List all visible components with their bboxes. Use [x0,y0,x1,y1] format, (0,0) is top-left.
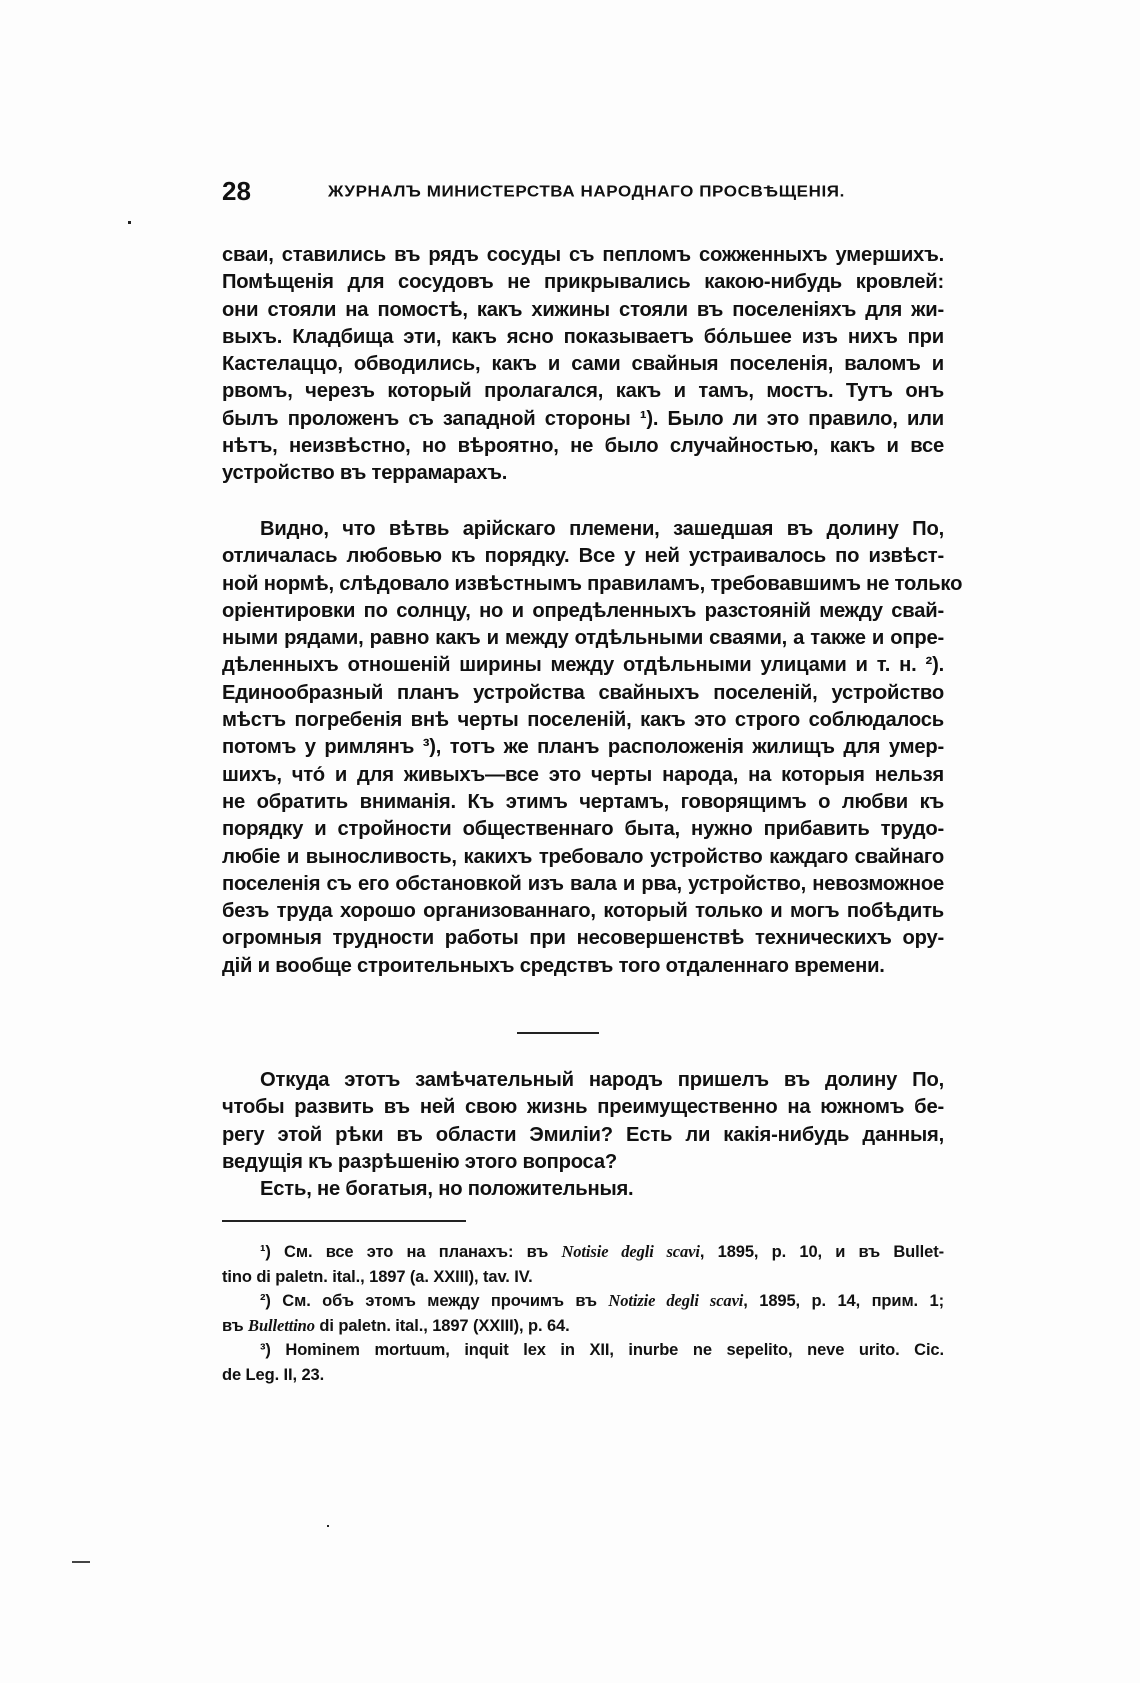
footnote-title-italic: Notizie degli scavi [608,1291,743,1310]
text-line: рвомъ, черезъ который пролагался, какъ и… [222,378,944,405]
page-header: 28 ЖУРНАЛЪ МИНИСТЕРСТВА НАРОДНАГО ПРОСВѢ… [220,176,940,206]
text-line: поселенія съ его обстановкой изъ вала и … [222,871,944,898]
footnote-text: Hominem mortuum, inquit lex in XII, inur… [285,1341,944,1359]
text-line: не обратить вниманія. Къ этимъ чертамъ, … [222,789,944,816]
footnote-title-italic: Notisie degli scavi [561,1242,699,1261]
footnote-rule [222,1220,466,1222]
footnote-2: ²) См. объ этомъ между прочимъ въ Notizi… [222,1289,944,1314]
text-line: Единообразный планъ устройства свайныхъ … [222,680,944,707]
running-title: ЖУРНАЛЪ МИНИСТЕРСТВА НАРОДНАГО ПРОСВѢЩЕН… [328,183,845,201]
footnote-2-cont: въ Bullettino di paletn. ital., 1897 (XX… [222,1314,944,1339]
footnotes: ¹) См. все это на планахъ: въ Notisie de… [222,1240,944,1388]
text-line: дій и вообще строительныхъ средствъ того… [222,953,944,980]
text-line: Помѣщенія для сосудовъ не прикрывались к… [222,269,944,296]
text-line: огромныя трудности работы при несовершен… [222,925,944,952]
page-number: 28 [222,176,251,207]
text-line: порядку и стройности общественнаго быта,… [222,816,944,843]
footnote-text: di paletn. ital., 1897 (XXIII), p. 64. [315,1317,570,1335]
footnote-marker: ³) [260,1341,271,1359]
footnote-3-cont: de Leg. II, 23. [222,1363,944,1388]
text-line: Есть, не богатыя, но положительныя. [222,1176,944,1203]
paragraph-order-and-labor: Видно, что вѣтвь арійскаго племени, заше… [222,516,944,980]
text-line: шихъ, что́ и для живыхъ—все это черты на… [222,762,944,789]
footnote-1: ¹) См. все это на планахъ: въ Notisie de… [222,1240,944,1265]
footnote-text: , 1895, p. 10, и въ Bullet- [700,1243,944,1261]
footnote-text: , 1895, p. 14, прим. 1; [743,1292,944,1310]
text-line: безъ труда хорошо организованнаго, котор… [222,898,944,925]
text-line: регу этой рѣки въ области Эмиліи? Есть л… [222,1122,944,1149]
text-line: дѣленныхъ отношеній ширины между отдѣльн… [222,652,944,679]
text-line: ведущія къ разрѣшенію этого вопроса? [222,1149,944,1176]
text-line: былъ проложенъ съ западной стороны ¹). Б… [222,406,944,433]
footnote-marker: ¹) [260,1243,271,1261]
scanned-page: 28 ЖУРНАЛЪ МИНИСТЕРСТВА НАРОДНАГО ПРОСВѢ… [0,0,1140,1683]
text-line: отличалась любовью къ порядку. Все у ней… [222,543,944,570]
text-line: ной нормѣ, слѣдовало извѣстнымъ правилам… [222,571,944,598]
scan-speck [128,221,131,224]
text-line: Откуда этотъ замѣчательный народъ пришел… [222,1067,944,1094]
section-separator [517,1032,599,1034]
text-line: Кастелаццо, обводились, какъ и сами свай… [222,351,944,378]
text-line: выхъ. Кладбища эти, какъ ясно показывает… [222,324,944,351]
paragraph-origin-question: Откуда этотъ замѣчательный народъ пришел… [222,1067,944,1203]
text-line: потомъ у римлянъ ³), тотъ же планъ распо… [222,734,944,761]
text-line: они стояли на помостѣ, какъ хижины стоял… [222,297,944,324]
text-line: Видно, что вѣтвь арійскаго племени, заше… [222,516,944,543]
footnote-text: См. все это на планахъ: въ [284,1243,561,1261]
text-line: мѣстъ погребенія внѣ черты поселеній, ка… [222,707,944,734]
paragraph-continuation: сваи, ставились въ рядъ сосуды съ пеплом… [222,242,944,488]
text-line: чтобы развить въ ней свою жизнь преимуще… [222,1094,944,1121]
footnote-text: См. объ этомъ между прочимъ въ [282,1292,608,1310]
footnote-3: ³) Hominem mortuum, inquit lex in XII, i… [222,1338,944,1363]
text-line: нѣтъ, неизвѣстно, но вѣроятно, не было с… [222,433,944,460]
footnote-title-italic: Bullettino [248,1316,315,1335]
margin-dash-mark [72,1561,90,1563]
text-line: любіе и выносливость, какихъ требовало у… [222,844,944,871]
footnote-1-cont: tino di paletn. ital., 1897 (a. XXIII), … [222,1265,944,1290]
scan-speck [327,1525,329,1527]
text-line: оріентировки по солнцу, но и опредѣленны… [222,598,944,625]
text-line: устройство въ террамарахъ. [222,460,944,487]
text-line: сваи, ставились въ рядъ сосуды съ пеплом… [222,242,944,269]
text-line: ными рядами, равно какъ и между отдѣльны… [222,625,944,652]
footnote-marker: ²) [260,1292,271,1310]
footnote-text: въ [222,1317,248,1335]
